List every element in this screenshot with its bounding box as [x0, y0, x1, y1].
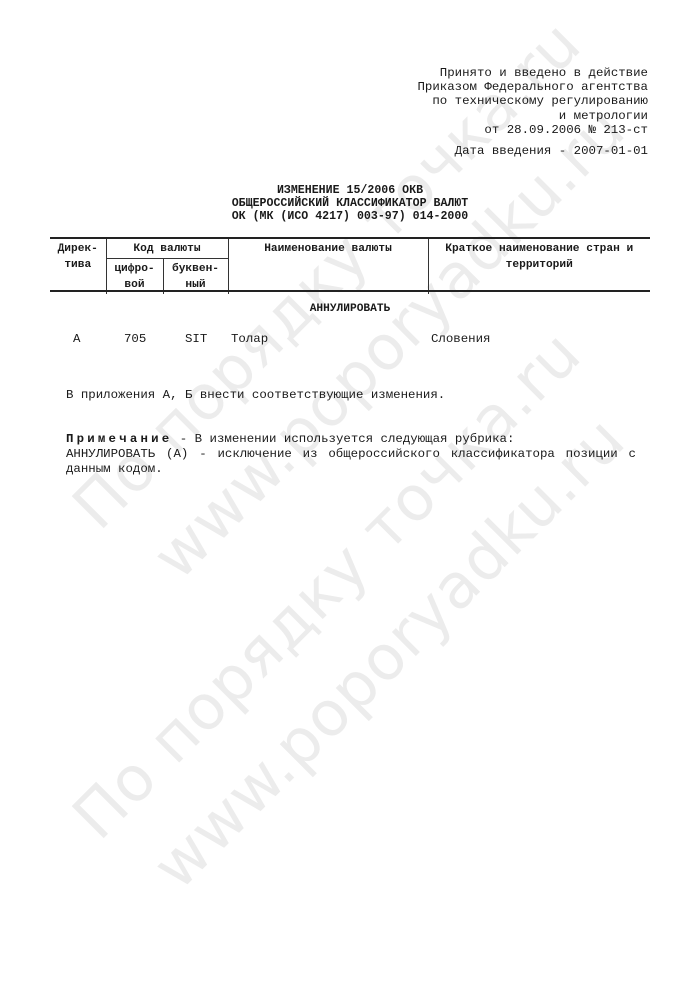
title-line: ИЗМЕНЕНИЕ 15/2006 ОКВ	[0, 184, 700, 197]
approval-line: от 28.09.2006 № 213-ст	[417, 123, 648, 137]
header-currency-code: Код валюты	[106, 238, 228, 259]
header-directive: Дирек- тива	[50, 238, 106, 294]
currency-table: Дирек- тива Код валюты Наименование валю…	[50, 237, 650, 294]
approval-block: Принято и введено в действие Приказом Фе…	[417, 66, 648, 137]
cell-numeric-code: 705	[124, 332, 146, 346]
cell-directive: А	[73, 332, 80, 346]
document-page: По порядку точка.ru www.poporyadku.ru По…	[0, 0, 700, 990]
title-line: ОК (МК (ИСО 4217) 003-97) 014-2000	[0, 210, 700, 223]
header-alpha-code: буквен- ный	[163, 259, 228, 295]
cell-country-name: Словения	[431, 332, 491, 346]
note-label: Примечание	[66, 432, 172, 446]
header-currency-name: Наименование валюты	[228, 238, 428, 294]
approval-line: Принято и введено в действие	[417, 66, 648, 80]
approval-line: Приказом Федерального агентства	[417, 80, 648, 94]
document-title: ИЗМЕНЕНИЕ 15/2006 ОКВ ОБЩЕРОССИЙСКИЙ КЛА…	[0, 184, 700, 224]
note-definition: АННУЛИРОВАТЬ (А) - исключение из общерос…	[66, 447, 636, 462]
header-numeric-code: цифро- вой	[106, 259, 163, 295]
table-header-divider	[50, 290, 650, 292]
cell-alpha-code: SIT	[185, 332, 207, 346]
header-country-name: Краткое наименование стран и территорий	[428, 238, 650, 294]
appendix-paragraph: В приложения А, Б внести соответствующие…	[66, 388, 445, 402]
note-intro: - В изменении используется следующая руб…	[172, 432, 514, 446]
note-definition-end: данным кодом.	[66, 462, 636, 477]
cell-currency-name: Толар	[231, 332, 268, 346]
section-label: АННУЛИРОВАТЬ	[0, 303, 700, 315]
note-block: Примечание - В изменении используется сл…	[66, 432, 636, 477]
intro-date: Дата введения - 2007-01-01	[455, 144, 648, 158]
approval-line: по техническому регулированию	[417, 94, 648, 108]
approval-line: и метрологии	[417, 109, 648, 123]
title-line: ОБЩЕРОССИЙСКИЙ КЛАССИФИКАТОР ВАЛЮТ	[0, 197, 700, 210]
